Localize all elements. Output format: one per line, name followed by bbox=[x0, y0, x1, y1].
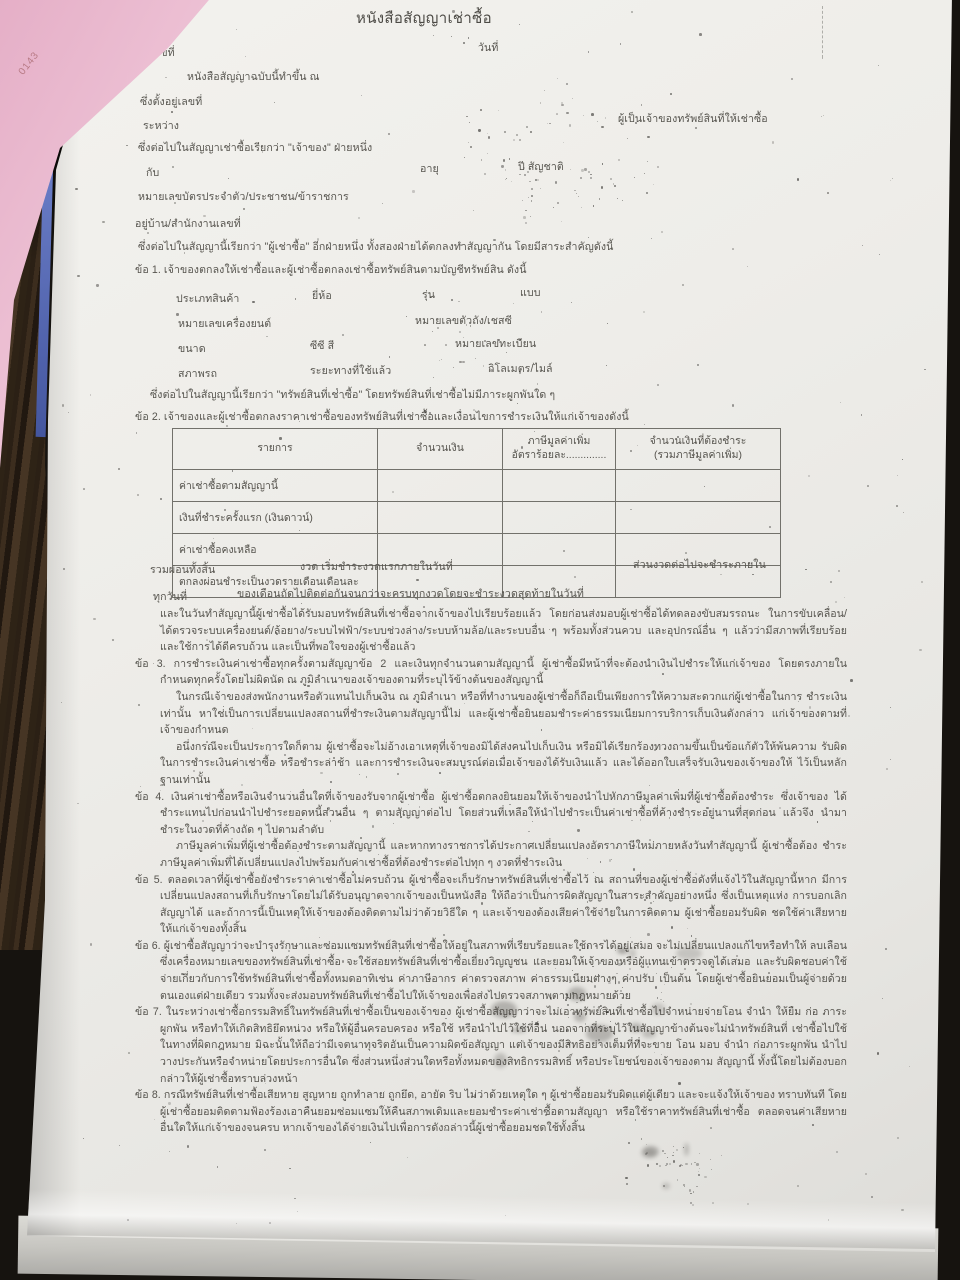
table-header-vat-line1: ภาษีมูลค่าเพิ่ม bbox=[528, 436, 591, 447]
field-id-number: หมายเลขบัตรประจำตัว/ประชาชน/ข้าราชการ bbox=[138, 188, 349, 205]
table-header-item: รายการ bbox=[173, 429, 378, 470]
field-with: กับ bbox=[146, 164, 159, 181]
contract-body-text: และในวันทำสัญญานี้ผู้เช่าซื้อได้รับมอบทร… bbox=[135, 606, 847, 1137]
field-chassis-no: หมายเลขตัวถัง/เชสซี bbox=[415, 312, 512, 329]
cell-empty bbox=[503, 470, 616, 502]
clause-5: ข้อ 5. ตลอดเวลาที่ผู้เช่าซื้อยังชำระราคา… bbox=[135, 872, 847, 938]
table-header-vat: ภาษีมูลค่าเพิ่ม อัตราร้อยละ.............… bbox=[503, 429, 616, 470]
table-row: เงินที่ชำระครั้งแรก (เงินดาวน์) bbox=[173, 502, 781, 534]
table-row: ค่าเช่าซื้อตามสัญญานี้ bbox=[173, 470, 781, 502]
clause-8: ข้อ 8. กรณีทรัพย์สินที่เช่าซื้อเสียหาย ส… bbox=[135, 1087, 847, 1137]
paragraph-delivery: และในวันทำสัญญานี้ผู้เช่าซื้อได้รับมอบทร… bbox=[160, 606, 847, 656]
clause-3-continued: ในกรณีเจ้าของส่งพนักงานหรือตัวแทนไปเก็บเ… bbox=[160, 689, 847, 739]
field-next-within: ส่วนงวดต่อไปจะชำระภายใน bbox=[633, 556, 766, 573]
table-header-total: จำนวนเงินที่ต้องชำระ (รวมภาษีมูลค่าเพิ่ม… bbox=[616, 429, 781, 470]
cell-empty bbox=[616, 470, 781, 502]
field-condition: สภาพรถ bbox=[178, 365, 217, 382]
row-label-purchase-price: ค่าเช่าซื้อตามสัญญานี้ bbox=[173, 470, 378, 502]
field-km-miles: กิโลเมตร/ไมล์ bbox=[488, 360, 553, 377]
field-brand: ยี่ห้อ bbox=[312, 287, 332, 304]
clause-3: ข้อ 3. การชำระเงินค่าเช่าซื้อทุกครั้งตาม… bbox=[135, 656, 847, 689]
field-of-following-month: ของเดือนถัดไปติดต่อกันจนกว่าจะครบทุกงวดโ… bbox=[237, 585, 584, 602]
clause-3-further: อนึ่งกรณีจะเป็นประการใดก็ตาม ผู้เช่าซื้อ… bbox=[160, 739, 847, 789]
table-header-vat-line2: อัตราร้อยละ.............. bbox=[512, 450, 607, 461]
field-between: ระหว่าง bbox=[143, 117, 179, 134]
field-owner-of-property: ผู้เป็นเจ้าของทรัพย์สินที่ให้เช่าซื้อ bbox=[618, 110, 768, 127]
line-hereinafter-property: ซึ่งต่อไปในสัญญานี้เรียกว่า "ทรัพย์สินที… bbox=[150, 386, 555, 403]
cell-empty bbox=[503, 534, 616, 566]
field-address: อยู่บ้าน/สำนักงานเลขที่ bbox=[135, 215, 241, 232]
field-registration: หมายเลขทะเบียน bbox=[455, 335, 536, 352]
document-title: หนังสือสัญญาเช่าซื้อ bbox=[356, 6, 576, 30]
field-product-type: ประเภทสินค้า bbox=[176, 290, 239, 307]
field-style: แบบ bbox=[520, 284, 541, 301]
clause-7: ข้อ 7. ในระหว่างเช่าซื้อกรรมสิทธิ์ในทรัพ… bbox=[135, 1004, 847, 1087]
clause-4-continued: ภาษีมูลค่าเพิ่มที่ผู้เช่าซื้อต้องชำระตาม… bbox=[160, 838, 847, 871]
cell-empty bbox=[616, 502, 781, 534]
fold-mark bbox=[822, 6, 823, 58]
field-date: วันที่ bbox=[478, 39, 498, 56]
cell-empty bbox=[503, 502, 616, 534]
contract-page: หนังสือสัญญาเช่าซื้อ เลขที่ วันที่ หนังส… bbox=[0, 0, 960, 1280]
table-header-amount: จำนวนเงิน bbox=[378, 429, 503, 470]
table-header-total-line1: จำนวนเงินที่ต้องชำระ bbox=[650, 436, 747, 447]
field-model: รุ่น bbox=[422, 286, 435, 303]
field-located-at: ซึ่งตั้งอยู่เลขที่ bbox=[140, 93, 202, 110]
photo-of-document: { "doc": { "title": "หนังสือสัญญาเช่าซื้… bbox=[0, 0, 960, 1280]
field-mileage: ระยะทางที่ใช้แล้ว bbox=[310, 362, 391, 379]
clause-1-heading: ข้อ 1. เจ้าของตกลงให้เช่าซื้อและผู้เช่าซ… bbox=[135, 261, 527, 278]
line-hereinafter-owner: ซึ่งต่อไปในสัญญาเช่าซื้อเรียกว่า "เจ้าขอ… bbox=[138, 139, 372, 156]
clause-6: ข้อ 6. ผู้เช่าซื้อสัญญาว่าจะบำรุงรักษาแล… bbox=[135, 938, 847, 1004]
field-periods-first: งวด เริ่มชำระงวดแรกภายในวันที่ bbox=[300, 558, 453, 575]
field-year-nationality: ปี สัญชาติ bbox=[518, 158, 564, 175]
cell-empty bbox=[378, 502, 503, 534]
field-total-installments: รวมผ่อนทั้งสิ้น bbox=[150, 561, 215, 578]
field-engine-no: หมายเลขเครื่องยนต์ bbox=[178, 315, 271, 332]
clause-4: ข้อ 4. เงินค่าเช่าซื้อหรือเงินจำนวนอื่นใ… bbox=[135, 789, 847, 839]
field-age: อายุ bbox=[420, 160, 439, 177]
field-cc-color: ซีซี สี bbox=[310, 337, 334, 354]
cell-empty bbox=[378, 470, 503, 502]
field-every-date: ทุกวันที่ bbox=[153, 588, 187, 605]
table-header-total-line2: (รวมภาษีมูลค่าเพิ่ม) bbox=[654, 450, 742, 461]
field-made-at: หนังสือสัญญาฉบับนี้ทำขึ้น ณ bbox=[187, 68, 320, 85]
row-label-down-payment: เงินที่ชำระครั้งแรก (เงินดาวน์) bbox=[173, 502, 378, 534]
line-hereinafter-buyer: ซึ่งต่อไปในสัญญานี้เรียกว่า "ผู้เช่าซื้อ… bbox=[138, 238, 613, 255]
field-size: ขนาด bbox=[178, 340, 206, 357]
clause-2-heading: ข้อ 2. เจ้าของและผู้เช่าซื้อตกลงราคาเช่า… bbox=[135, 408, 629, 425]
